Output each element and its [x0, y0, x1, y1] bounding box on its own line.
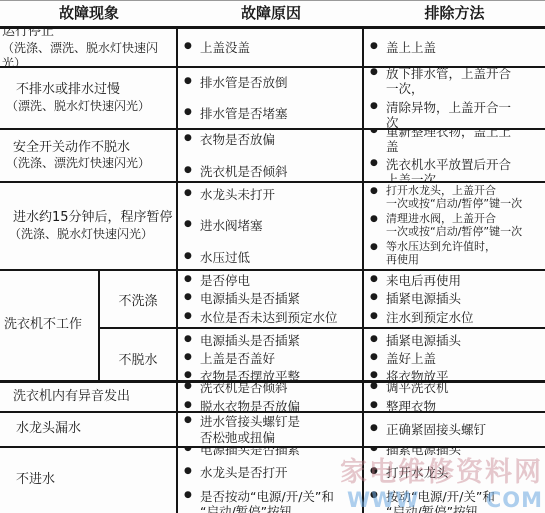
fault-symptom-cell: 洗衣机内有异音发出 [0, 383, 178, 411]
fault-causes-cell: ●排水管是否放倒●排水管是否堵塞 [178, 68, 364, 128]
bullet-icon: ● [370, 351, 386, 363]
bullet-icon: ● [184, 75, 200, 87]
bullet-text: 脱水衣物是否放偏 [200, 399, 360, 412]
table-row-washer-not-working: 洗衣机不工作 不洗涤 ●是否停电●电源插头是否插紧●水位是否未达到预定水位 ●来… [0, 271, 545, 383]
fault-symptom-cell: 安全开关动作不脱水 （洗涤、漂洗灯快速闪光） [0, 130, 178, 181]
fault-causes-cell: ●电源插头是否插紧●水龙头是否打开●是否按动“电源/开/关”和 “启动/暂停”按… [178, 448, 364, 513]
fault-symptom-note: （洗涤、漂洗灯快速闪光） [6, 156, 174, 171]
bullet-item: ●清理进水阀，上盖开合 一次或按“启动/暂停”键一次 [370, 213, 543, 239]
bullet-text: 打开水龙头，上盖开合 一次或按“启动/暂停”键一次 [386, 185, 543, 211]
fault-symptom-title: 运行停止 [2, 29, 174, 41]
bullet-item: ●正确紧固接头螺钉 [370, 422, 543, 437]
bullet-item: ●进水阀堵塞 [184, 218, 360, 233]
fault-symptom-cell: 进水约15分钟后，程序暂停 （洗涤、脱水灯快速闪光） [0, 183, 178, 269]
bullet-item: ●洗衣机水平放置后开合 上盖一次 [370, 157, 543, 181]
fault-symptom-cell-merged: 洗衣机不工作 [0, 271, 100, 380]
bullet-icon: ● [184, 132, 200, 144]
bullet-item: ●盖上上盖 [370, 40, 543, 55]
bullet-text: 上盖是否盖好 [200, 351, 360, 366]
bullet-icon: ● [370, 422, 386, 434]
bullet-text: 是否停电 [200, 273, 360, 288]
bullet-icon: ● [184, 187, 200, 199]
fault-symptom-note: （洗涤、脱水灯快速闪光） [6, 227, 174, 242]
bullet-item: ●插紧电源插头 [370, 448, 543, 457]
bullet-icon: ● [370, 448, 386, 454]
bullet-icon: ● [184, 399, 200, 411]
bullet-item: ●放下排水管，上盖开合 一次， [370, 68, 543, 97]
table-row-safety-switch-no-spin: 安全开关动作不脱水 （洗涤、漂洗灯快速闪光） ●衣物是否放偏●洗衣机是否倾斜 ●… [0, 130, 545, 183]
bullet-icon: ● [370, 465, 386, 477]
bullet-item: ●排水管是否堵塞 [184, 106, 360, 121]
bullet-item: ●水龙头未打开 [184, 187, 360, 202]
bullet-item: ●脱水衣物是否放偏 [184, 399, 360, 412]
bullet-icon: ● [370, 273, 386, 285]
fault-symptom-title: 安全开关动作不脱水 [6, 140, 174, 156]
bullet-icon: ● [370, 40, 386, 52]
bullet-text: 洗衣机水平放置后开合 上盖一次 [386, 157, 543, 181]
fault-symptom-title: 不进水 [6, 472, 174, 488]
bullet-text: 打开水龙头 [386, 465, 543, 480]
bullet-text: 放下排水管，上盖开合 一次， [386, 68, 543, 97]
bullet-icon: ● [184, 310, 200, 322]
fault-symptom-title: 水龙头漏水 [6, 421, 174, 437]
fault-symptom-cell: 运行停止 （洗涤、漂洗、脱水灯快速闪光） [0, 29, 178, 66]
bullet-text: 是否按动“电源/开/关”和 “启动/暂停”按钮 [200, 489, 360, 513]
fault-causes-cell: ●是否停电●电源插头是否插紧●水位是否未达到预定水位 [178, 271, 364, 327]
bullet-text: 将衣物放平 [386, 369, 543, 384]
subrow-no-wash: 不洗涤 ●是否停电●电源插头是否插紧●水位是否未达到预定水位 ●来电后再使用●插… [100, 271, 545, 329]
fault-symptom-title: 洗衣机不工作 [4, 317, 82, 333]
bullet-text: 进水阀堵塞 [200, 218, 360, 233]
bullet-item: ●按动“电源/开/关”和 “启动/暂停”按钮 [370, 489, 543, 513]
bullet-item: ●插紧电源插头 [370, 333, 543, 348]
bullet-item: ●调平洗衣机 [370, 383, 543, 396]
fault-causes-cell: ●洗衣机是否倾斜●脱水衣物是否放偏 [178, 383, 364, 411]
bullet-icon: ● [184, 106, 200, 118]
fault-symptom-title: 进水约15分钟后，程序暂停 [6, 210, 174, 226]
troubleshooting-table: 故障现象 故障原因 排除方法 运行停止 （洗涤、漂洗、脱水灯快速闪光） ●上盖没… [0, 0, 545, 513]
bullet-item: ●盖好上盖 [370, 351, 543, 366]
bullet-text: 注水到预定水位 [386, 310, 543, 325]
bullet-item: ●排水管是否放倒 [184, 75, 360, 90]
bullet-icon: ● [184, 369, 200, 381]
fault-causes-cell: ●电源插头是否插紧●上盖是否盖好●衣物是否摆放平整 [178, 329, 364, 388]
bullet-icon: ● [184, 291, 200, 303]
bullet-icon: ● [370, 157, 386, 169]
remedies-cell: ●调平洗衣机●整理衣物 [364, 383, 545, 411]
subrow-label: 不脱水 [100, 329, 178, 388]
bullet-item: ●打开水龙头 [370, 465, 543, 480]
bullet-icon: ● [184, 489, 200, 501]
column-header-remedy: 排除方法 [364, 1, 545, 26]
fault-symptom-note: （漂洗、脱水灯快速闪光） [6, 99, 174, 114]
table-header-row: 故障现象 故障原因 排除方法 [0, 1, 545, 29]
bullet-item: ●将衣物放平 [370, 369, 543, 384]
column-header-fault-symptom: 故障现象 [0, 1, 178, 26]
fault-symptom-title: 不排水或排水过慢 [6, 82, 174, 98]
bullet-icon: ● [184, 40, 200, 52]
remedies-cell: ●盖上上盖 [364, 29, 545, 66]
table-row-run-stop: 运行停止 （洗涤、漂洗、脱水灯快速闪光） ●上盖没盖 ●盖上上盖 [0, 29, 545, 68]
table-row-abnormal-noise: 洗衣机内有异音发出 ●洗衣机是否倾斜●脱水衣物是否放偏 ●调平洗衣机●整理衣物 [0, 383, 545, 413]
remedies-cell: ●插紧电源插头●盖好上盖●将衣物放平 [364, 329, 545, 388]
bullet-text: 排水管是否放倒 [200, 75, 360, 90]
bullet-text: 水位是否未达到预定水位 [200, 310, 360, 325]
bullet-item: ●上盖是否盖好 [184, 351, 360, 366]
bullet-icon: ● [184, 273, 200, 285]
subrows-container: 不洗涤 ●是否停电●电源插头是否插紧●水位是否未达到预定水位 ●来电后再使用●插… [100, 271, 545, 380]
bullet-item: ●洗衣机是否倾斜 [184, 164, 360, 179]
subrow-no-spin: 不脱水 ●电源插头是否插紧●上盖是否盖好●衣物是否摆放平整 ●插紧电源插头●盖好… [100, 329, 545, 388]
bullet-text: 洗衣机是否倾斜 [200, 383, 360, 396]
bullet-text: 来电后再使用 [386, 273, 543, 288]
bullet-icon: ● [184, 465, 200, 477]
bullet-item: ●水压过低 [184, 250, 360, 265]
bullet-icon: ● [370, 383, 386, 392]
table-row-no-drain: 不排水或排水过慢 （漂洗、脱水灯快速闪光） ●排水管是否放倒●排水管是否堵塞 ●… [0, 68, 545, 130]
bullet-icon: ● [184, 351, 200, 363]
bullet-icon: ● [370, 100, 386, 112]
bullet-item: ●插紧电源插头 [370, 291, 543, 306]
bullet-icon: ● [184, 383, 200, 392]
bullet-icon: ● [184, 448, 200, 454]
bullet-text: 衣物是否放偏 [200, 132, 360, 147]
bullet-item: ●等水压达到允许值时， 再使用 [370, 241, 543, 267]
table-row-faucet-leak: 水龙头漏水 ●进水管接头螺钉是 否松弛或扭偏 ●正确紧固接头螺钉 [0, 413, 545, 448]
bullet-item: ●衣物是否摆放平整 [184, 369, 360, 384]
bullet-item: ●是否按动“电源/开/关”和 “启动/暂停”按钮 [184, 489, 360, 513]
bullet-icon: ● [370, 130, 386, 135]
fault-causes-cell: ●进水管接头螺钉是 否松弛或扭偏 [178, 413, 364, 446]
bullet-item: ●注水到预定水位 [370, 310, 543, 325]
bullet-text: 水压过低 [200, 250, 360, 265]
bullet-item: ●水龙头是否打开 [184, 465, 360, 480]
bullet-item: ●打开水龙头，上盖开合 一次或按“启动/暂停”键一次 [370, 185, 543, 211]
scanned-manual-page: 故障现象 故障原因 排除方法 运行停止 （洗涤、漂洗、脱水灯快速闪光） ●上盖没… [0, 0, 545, 513]
bullet-item: ●电源插头是否插紧 [184, 333, 360, 348]
bullet-item: ●整理衣物 [370, 399, 543, 412]
bullet-text: 水龙头未打开 [200, 187, 360, 202]
bullet-icon: ● [184, 164, 200, 176]
bullet-text: 等水压达到允许值时， 再使用 [386, 241, 543, 267]
bullet-text: 盖上上盖 [386, 40, 543, 55]
bullet-icon: ● [370, 310, 386, 322]
bullet-text: 正确紧固接头螺钉 [386, 422, 543, 437]
bullet-item: ●进水管接头螺钉是 否松弛或扭偏 [184, 414, 360, 445]
bullet-text: 清理进水阀，上盖开合 一次或按“启动/暂停”键一次 [386, 213, 543, 239]
bullet-text: 盖好上盖 [386, 351, 543, 366]
bullet-text: 整理衣物 [386, 399, 543, 412]
bullet-text: 电源插头是否插紧 [200, 448, 360, 457]
remedies-cell: ●放下排水管，上盖开合 一次，●清除异物，上盖开合一 次 [364, 68, 545, 128]
bullet-text: 排水管是否堵塞 [200, 106, 360, 121]
bullet-item: ●洗衣机是否倾斜 [184, 383, 360, 396]
bullet-icon: ● [370, 185, 386, 197]
bullet-text: 上盖没盖 [200, 40, 360, 55]
bullet-text: 衣物是否摆放平整 [200, 369, 360, 384]
column-header-fault-cause: 故障原因 [178, 1, 364, 26]
bullet-icon: ● [370, 291, 386, 303]
table-row-no-water-intake: 不进水 ●电源插头是否插紧●水龙头是否打开●是否按动“电源/开/关”和 “启动/… [0, 448, 545, 513]
bullet-text: 电源插头是否插紧 [200, 333, 360, 348]
bullet-text: 电源插头是否插紧 [200, 291, 360, 306]
bullet-text: 插紧电源插头 [386, 333, 543, 348]
bullet-item: ●重新整理衣物，盖上上 盖 [370, 130, 543, 154]
bullet-text: 进水管接头螺钉是 否松弛或扭偏 [200, 414, 360, 445]
remedies-cell: ●打开水龙头，上盖开合 一次或按“启动/暂停”键一次●清理进水阀，上盖开合 一次… [364, 183, 545, 269]
bullet-text: 洗衣机是否倾斜 [200, 164, 360, 179]
remedies-cell: ●来电后再使用●插紧电源插头●注水到预定水位 [364, 271, 545, 327]
bullet-icon: ● [184, 250, 200, 262]
bullet-text: 调平洗衣机 [386, 383, 543, 396]
fault-causes-cell: ●衣物是否放偏●洗衣机是否倾斜 [178, 130, 364, 181]
remedies-cell: ●插紧电源插头●打开水龙头●按动“电源/开/关”和 “启动/暂停”按钮 [364, 448, 545, 513]
bullet-icon: ● [184, 414, 200, 426]
bullet-item: ●来电后再使用 [370, 273, 543, 288]
bullet-text: 水龙头是否打开 [200, 465, 360, 480]
fault-causes-cell: ●水龙头未打开●进水阀堵塞●水压过低 [178, 183, 364, 269]
remedies-cell: ●重新整理衣物，盖上上 盖●洗衣机水平放置后开合 上盖一次 [364, 130, 545, 181]
bullet-item: ●衣物是否放偏 [184, 132, 360, 147]
bullet-icon: ● [370, 399, 386, 411]
remedies-cell: ●正确紧固接头螺钉 [364, 413, 545, 446]
bullet-icon: ● [370, 68, 386, 78]
bullet-text: 清除异物，上盖开合一 次 [386, 100, 543, 129]
bullet-text: 插紧电源插头 [386, 291, 543, 306]
bullet-icon: ● [370, 333, 386, 345]
bullet-item: ●上盖没盖 [184, 40, 360, 55]
fault-causes-cell: ●上盖没盖 [178, 29, 364, 66]
bullet-icon: ● [370, 213, 386, 225]
fault-symptom-cell: 不进水 [0, 448, 178, 513]
bullet-text: 插紧电源插头 [386, 448, 543, 457]
bullet-icon: ● [370, 489, 386, 501]
fault-symptom-cell: 不排水或排水过慢 （漂洗、脱水灯快速闪光） [0, 68, 178, 128]
subrow-label: 不洗涤 [100, 271, 178, 327]
bullet-item: ●是否停电 [184, 273, 360, 288]
bullet-text: 重新整理衣物，盖上上 盖 [386, 130, 543, 154]
bullet-icon: ● [184, 333, 200, 345]
bullet-icon: ● [184, 218, 200, 230]
table-row-program-pause: 进水约15分钟后，程序暂停 （洗涤、脱水灯快速闪光） ●水龙头未打开●进水阀堵塞… [0, 183, 545, 271]
bullet-item: ●水位是否未达到预定水位 [184, 310, 360, 325]
bullet-item: ●电源插头是否插紧 [184, 291, 360, 306]
fault-symptom-title: 洗衣机内有异音发出 [6, 389, 174, 405]
bullet-item: ●清除异物，上盖开合一 次 [370, 100, 543, 129]
bullet-icon: ● [370, 241, 386, 253]
fault-symptom-cell: 水龙头漏水 [0, 413, 178, 446]
bullet-icon: ● [370, 369, 386, 381]
bullet-item: ●电源插头是否插紧 [184, 448, 360, 457]
fault-symptom-note: （洗涤、漂洗、脱水灯快速闪光） [2, 41, 174, 66]
bullet-text: 按动“电源/开/关”和 “启动/暂停”按钮 [386, 489, 543, 513]
